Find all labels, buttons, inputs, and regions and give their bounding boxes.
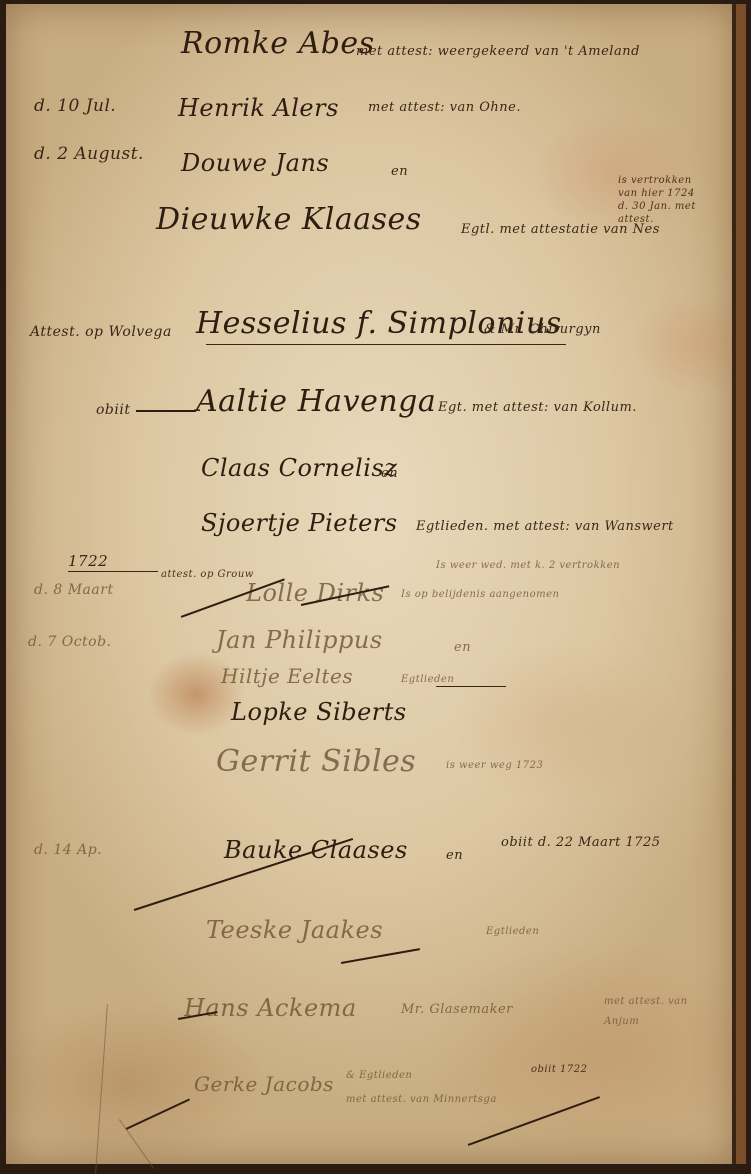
entry-note: Mr. Glasemaker (401, 1002, 513, 1017)
entry-note: & Mr. Chirurgyn (484, 322, 601, 337)
entry-margin: Attest. op Wolvega (30, 324, 172, 340)
entry-death-note: obiit 1722 (531, 1064, 587, 1075)
strikethrough (126, 1098, 190, 1129)
entry-name: Hiltje Eeltes (221, 664, 353, 688)
underline (206, 344, 566, 345)
entry-name: Lolle Dirks (246, 579, 384, 607)
book-scan: Romke Abes met attest: weergekeerd van '… (0, 0, 751, 1174)
entry-note: en (446, 848, 463, 863)
page-edge (732, 4, 736, 1164)
entry-margin: d. 7 Octob. (28, 634, 112, 650)
entry-name: Gerrit Sibles (216, 744, 416, 779)
entry-name: Aaltie Havenga (196, 384, 436, 419)
entry-side-note: met attest. van Anjum (604, 992, 694, 1032)
entry-name: Douwe Jans (181, 149, 329, 177)
entry-name: Hans Ackema (184, 994, 357, 1022)
entry-note: Egtlieden. met attest: van Wanswert (416, 519, 674, 534)
entry-name: Henrik Alers (178, 94, 339, 122)
entry-name: Sjoertje Pieters (201, 509, 398, 537)
entry-margin: d. 14 Ap. (34, 842, 102, 858)
entry-side-note: is vertrokken van hier 1724 d. 30 Jan. m… (618, 174, 708, 226)
entry-name: Gerke Jacobs (194, 1072, 334, 1096)
entry-margin: obiit (96, 402, 130, 418)
entry-note-above: Is weer wed. met k. 2 vertrokken (436, 560, 620, 571)
entry-note-below: met attest. van Minnertsga (346, 1094, 497, 1105)
paper-tear (119, 1119, 154, 1169)
strikethrough (341, 948, 420, 963)
underline (68, 571, 158, 572)
entry-note: met attest: van Ohne. (368, 100, 521, 115)
entry-note: is weer weg 1723 (446, 760, 543, 771)
entry-name: Claas Cornelisz (201, 454, 397, 482)
entry-margin-top: attest. op Grouw (161, 569, 254, 580)
entry-death-note: obiit d. 22 Maart 1725 (501, 834, 691, 852)
entry-note: Egt. met attest: van Kollum. (438, 400, 637, 415)
register-page: Romke Abes met attest: weergekeerd van '… (6, 4, 746, 1164)
dash-line (136, 410, 196, 412)
entry-note: Egtlieden (486, 926, 539, 937)
entry-note: en (391, 164, 408, 179)
underline (436, 686, 506, 687)
entry-name: Teeske Jaakes (206, 916, 383, 944)
entry-margin: d. 8 Maart (34, 582, 114, 598)
entry-name: Romke Abes (181, 26, 375, 61)
entry-note: en (381, 466, 398, 481)
entry-note: & Egtlieden (346, 1070, 412, 1081)
entry-name: Jan Philippus (216, 626, 383, 654)
year-header: 1722 (68, 552, 108, 570)
paper-tear (95, 1004, 108, 1174)
entry-note: met attest: weergekeerd van 't Ameland (356, 44, 640, 59)
entry-margin: d. 10 Jul. (34, 96, 116, 116)
entry-note: en (454, 640, 471, 655)
entry-note: Egtlieden (401, 674, 454, 685)
entry-margin: d. 2 August. (34, 144, 144, 164)
entry-name: Dieuwke Klaases (156, 202, 422, 237)
entry-note: Is op belijdenis aangenomen (401, 589, 559, 600)
entry-name: Lopke Siberts (231, 698, 407, 726)
